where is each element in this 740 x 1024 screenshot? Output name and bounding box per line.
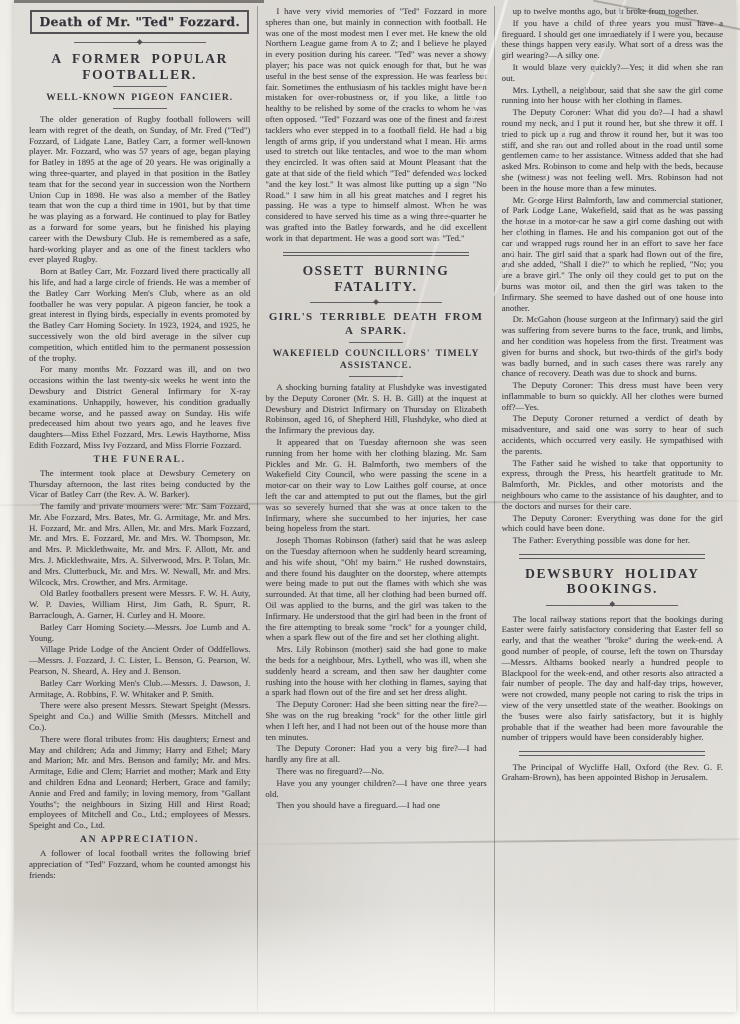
- article2-subheadline: GIRL'S TERRIBLE DEATH FROM A SPARK.: [265, 311, 486, 338]
- article2-headline: OSSETT BURNING FATALITY.: [265, 263, 486, 294]
- rule: [113, 86, 167, 87]
- newspaper-scan: { "paper": { "masthead": "Death of Mr. \…: [0, 0, 740, 1024]
- section-heading: THE FUNERAL.: [29, 454, 250, 466]
- paragraph: Batley Carr Homing Society.—Messrs. Joe …: [29, 622, 250, 644]
- paragraph: Joseph Thomas Robinson (father) said tha…: [265, 535, 486, 643]
- rule: [113, 108, 167, 109]
- paragraph: Then you should have a fireguard.—I had …: [265, 800, 486, 811]
- paragraph: For many months Mr. Fozzard was ill, and…: [29, 364, 250, 450]
- double-rule: [519, 554, 705, 559]
- paragraph: A shocking burning fatality at Flushdyke…: [265, 382, 486, 436]
- paragraph: It appeared that on Tuesday afternoon sh…: [265, 437, 486, 534]
- paragraph: I have very vivid memories of "Ted" Fozz…: [265, 6, 486, 244]
- article1-subheadline: WELL-KNOWN PIGEON FANCIER.: [29, 92, 250, 104]
- paragraph: The Deputy Coroner: Had you a very big f…: [265, 743, 486, 765]
- paragraph: There was no fireguard?—No.: [265, 766, 486, 777]
- column-layout: Death of Mr. "Ted" Fozzard.A FORMER POPU…: [14, 0, 736, 1012]
- column-2: I have very vivid memories of "Ted" Fozz…: [257, 6, 493, 1012]
- clipping-title: Death of Mr. "Ted" Fozzard.: [30, 10, 249, 34]
- paragraph: up to twelve months ago, but it broke fr…: [502, 6, 723, 17]
- paragraph: Have you any younger children?—I have on…: [265, 778, 486, 800]
- paragraph: There were floral tributes from: His dau…: [29, 734, 250, 831]
- paragraph: Mr. George Hirst Balmforth, law and comm…: [502, 195, 723, 314]
- newspaper-clipping: Death of Mr. "Ted" Fozzard.A FORMER POPU…: [14, 0, 736, 1012]
- paragraph: The older generation of Rugby football f…: [29, 114, 250, 265]
- paragraph: The Principal of Wycliffe Hall, Oxford (…: [502, 762, 723, 784]
- paragraph: It would blaze very quickly?—Yes; it did…: [502, 62, 723, 84]
- diamond-rule: [546, 605, 678, 606]
- paragraph: The interment took place at Dewsbury Cem…: [29, 468, 250, 500]
- paragraph: Mrs. Lily Robinson (mother) said she had…: [265, 644, 486, 698]
- paragraph: Village Pride Lodge of the Ancient Order…: [29, 644, 250, 676]
- double-rule: [283, 252, 469, 257]
- paragraph: The Deputy Coroner: Everything was done …: [502, 513, 723, 535]
- article2-subheadline2: WAKEFIELD COUNCILLORS' TIMELY ASSISTANCE…: [265, 348, 486, 372]
- double-rule: [519, 751, 705, 756]
- paragraph: The Deputy Coroner: This dress must have…: [502, 380, 723, 412]
- paragraph: The Father: Everything possible was done…: [502, 535, 723, 546]
- paragraph: The Deputy Coroner returned a verdict of…: [502, 413, 723, 456]
- paragraph: Mrs. Lythell, a neighbour, said that she…: [502, 85, 723, 107]
- rule: [349, 376, 403, 377]
- paragraph: If you have a child of three years you m…: [502, 18, 723, 61]
- article1-headline: A FORMER POPULAR FOOTBALLER.: [29, 51, 250, 82]
- paragraph: There were also present Messrs. Stewart …: [29, 700, 250, 732]
- paragraph: The Father said he wished to take that o…: [502, 458, 723, 512]
- paragraph: Batley Carr Working Men's Club.—Messrs. …: [29, 678, 250, 700]
- paragraph: Born at Batley Carr, Mr. Fozzard lived t…: [29, 266, 250, 363]
- paragraph: A follower of local football writes the …: [29, 848, 250, 880]
- paragraph: Dr. McGahon (house surgeon at the Infirm…: [502, 314, 723, 379]
- paragraph: Old Batley footballers present were Mess…: [29, 588, 250, 620]
- column-1: Death of Mr. "Ted" Fozzard.A FORMER POPU…: [22, 6, 257, 1012]
- paragraph: The Deputy Coroner: What did you do?—I h…: [502, 107, 723, 193]
- rule: [349, 342, 403, 343]
- paragraph: The family and private mourners were: Mr…: [29, 501, 250, 587]
- column-3: up to twelve months ago, but it broke fr…: [494, 6, 730, 1012]
- diamond-rule: [74, 42, 206, 43]
- section-heading: AN APPRECIATION.: [29, 834, 250, 846]
- paragraph: The local railway stations report that t…: [502, 614, 723, 744]
- diamond-rule: [310, 302, 442, 303]
- article3-headline: DEWSBURY HOLIDAY BOOKINGS.: [502, 566, 723, 597]
- paragraph: The Deputy Coroner: Had she been sitting…: [265, 699, 486, 742]
